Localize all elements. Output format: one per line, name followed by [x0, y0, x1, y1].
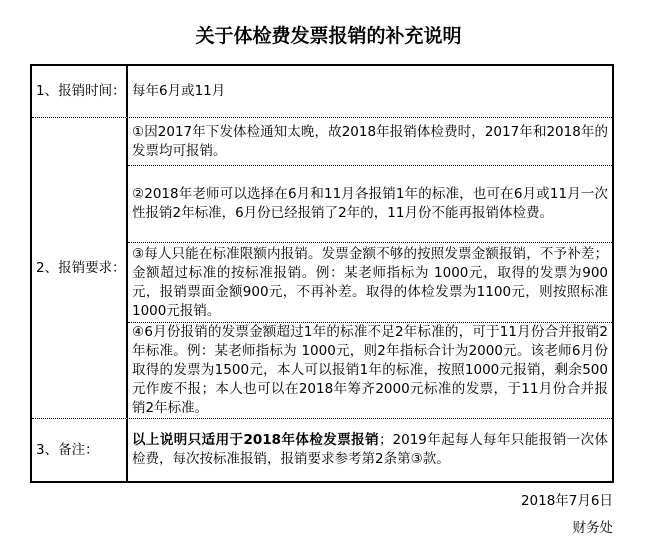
- row-label: 2、报销要求：: [32, 118, 128, 418]
- row-label: 1、报销时间：: [32, 66, 128, 117]
- row-content: 以上说明只适用于2018年体检发票报销；2019年起每人每年只能报销一次体检费，…: [128, 419, 612, 481]
- requirement-item-4: ④6月份报销的发票金额超过1年的标准不足2年标准的，可于11月份合并报销2年标准…: [128, 322, 612, 418]
- remark-bold-text: 以上说明只适用于2018年体检发票报销: [132, 432, 379, 448]
- document-page: 关于体检费发票报销的补充说明 1、报销时间： 每年6月或11月 2、报销要求： …: [0, 24, 657, 538]
- row-label: 3、备注：: [32, 419, 128, 481]
- document-footer: 2018年7月6日 财务处: [0, 492, 657, 538]
- requirements-list: ①因2017年下发体检通知太晚，故2018年报销体检费时，2017年和2018年…: [128, 118, 612, 418]
- requirement-item-2: ②2018年老师可以选择在6月和11月各报销1年的标准，也可在6月或11月一次性…: [128, 165, 612, 242]
- department-signature: 财务处: [0, 519, 613, 538]
- page-title: 关于体检费发票报销的补充说明: [0, 24, 657, 48]
- requirement-item-3: ③每人只能在标准限额内报销。发票金额不够的按照发票金额报销，不予补差；金额超过标…: [128, 242, 612, 322]
- table-row-reimbursement-time: 1、报销时间： 每年6月或11月: [32, 66, 612, 117]
- remark-text: 以上说明只适用于2018年体检发票报销；2019年起每人每年只能报销一次体检费，…: [132, 431, 608, 469]
- document-date: 2018年7月6日: [0, 492, 613, 511]
- requirement-item-1: ①因2017年下发体检通知太晚，故2018年报销体检费时，2017年和2018年…: [128, 118, 612, 165]
- row-content: 每年6月或11月: [128, 66, 612, 117]
- table-row-remarks: 3、备注： 以上说明只适用于2018年体检发票报销；2019年起每人每年只能报销…: [32, 418, 612, 481]
- table-row-reimbursement-requirements: 2、报销要求： ①因2017年下发体检通知太晚，故2018年报销体检费时，201…: [32, 117, 612, 418]
- info-table: 1、报销时间： 每年6月或11月 2、报销要求： ①因2017年下发体检通知太晚…: [30, 64, 614, 483]
